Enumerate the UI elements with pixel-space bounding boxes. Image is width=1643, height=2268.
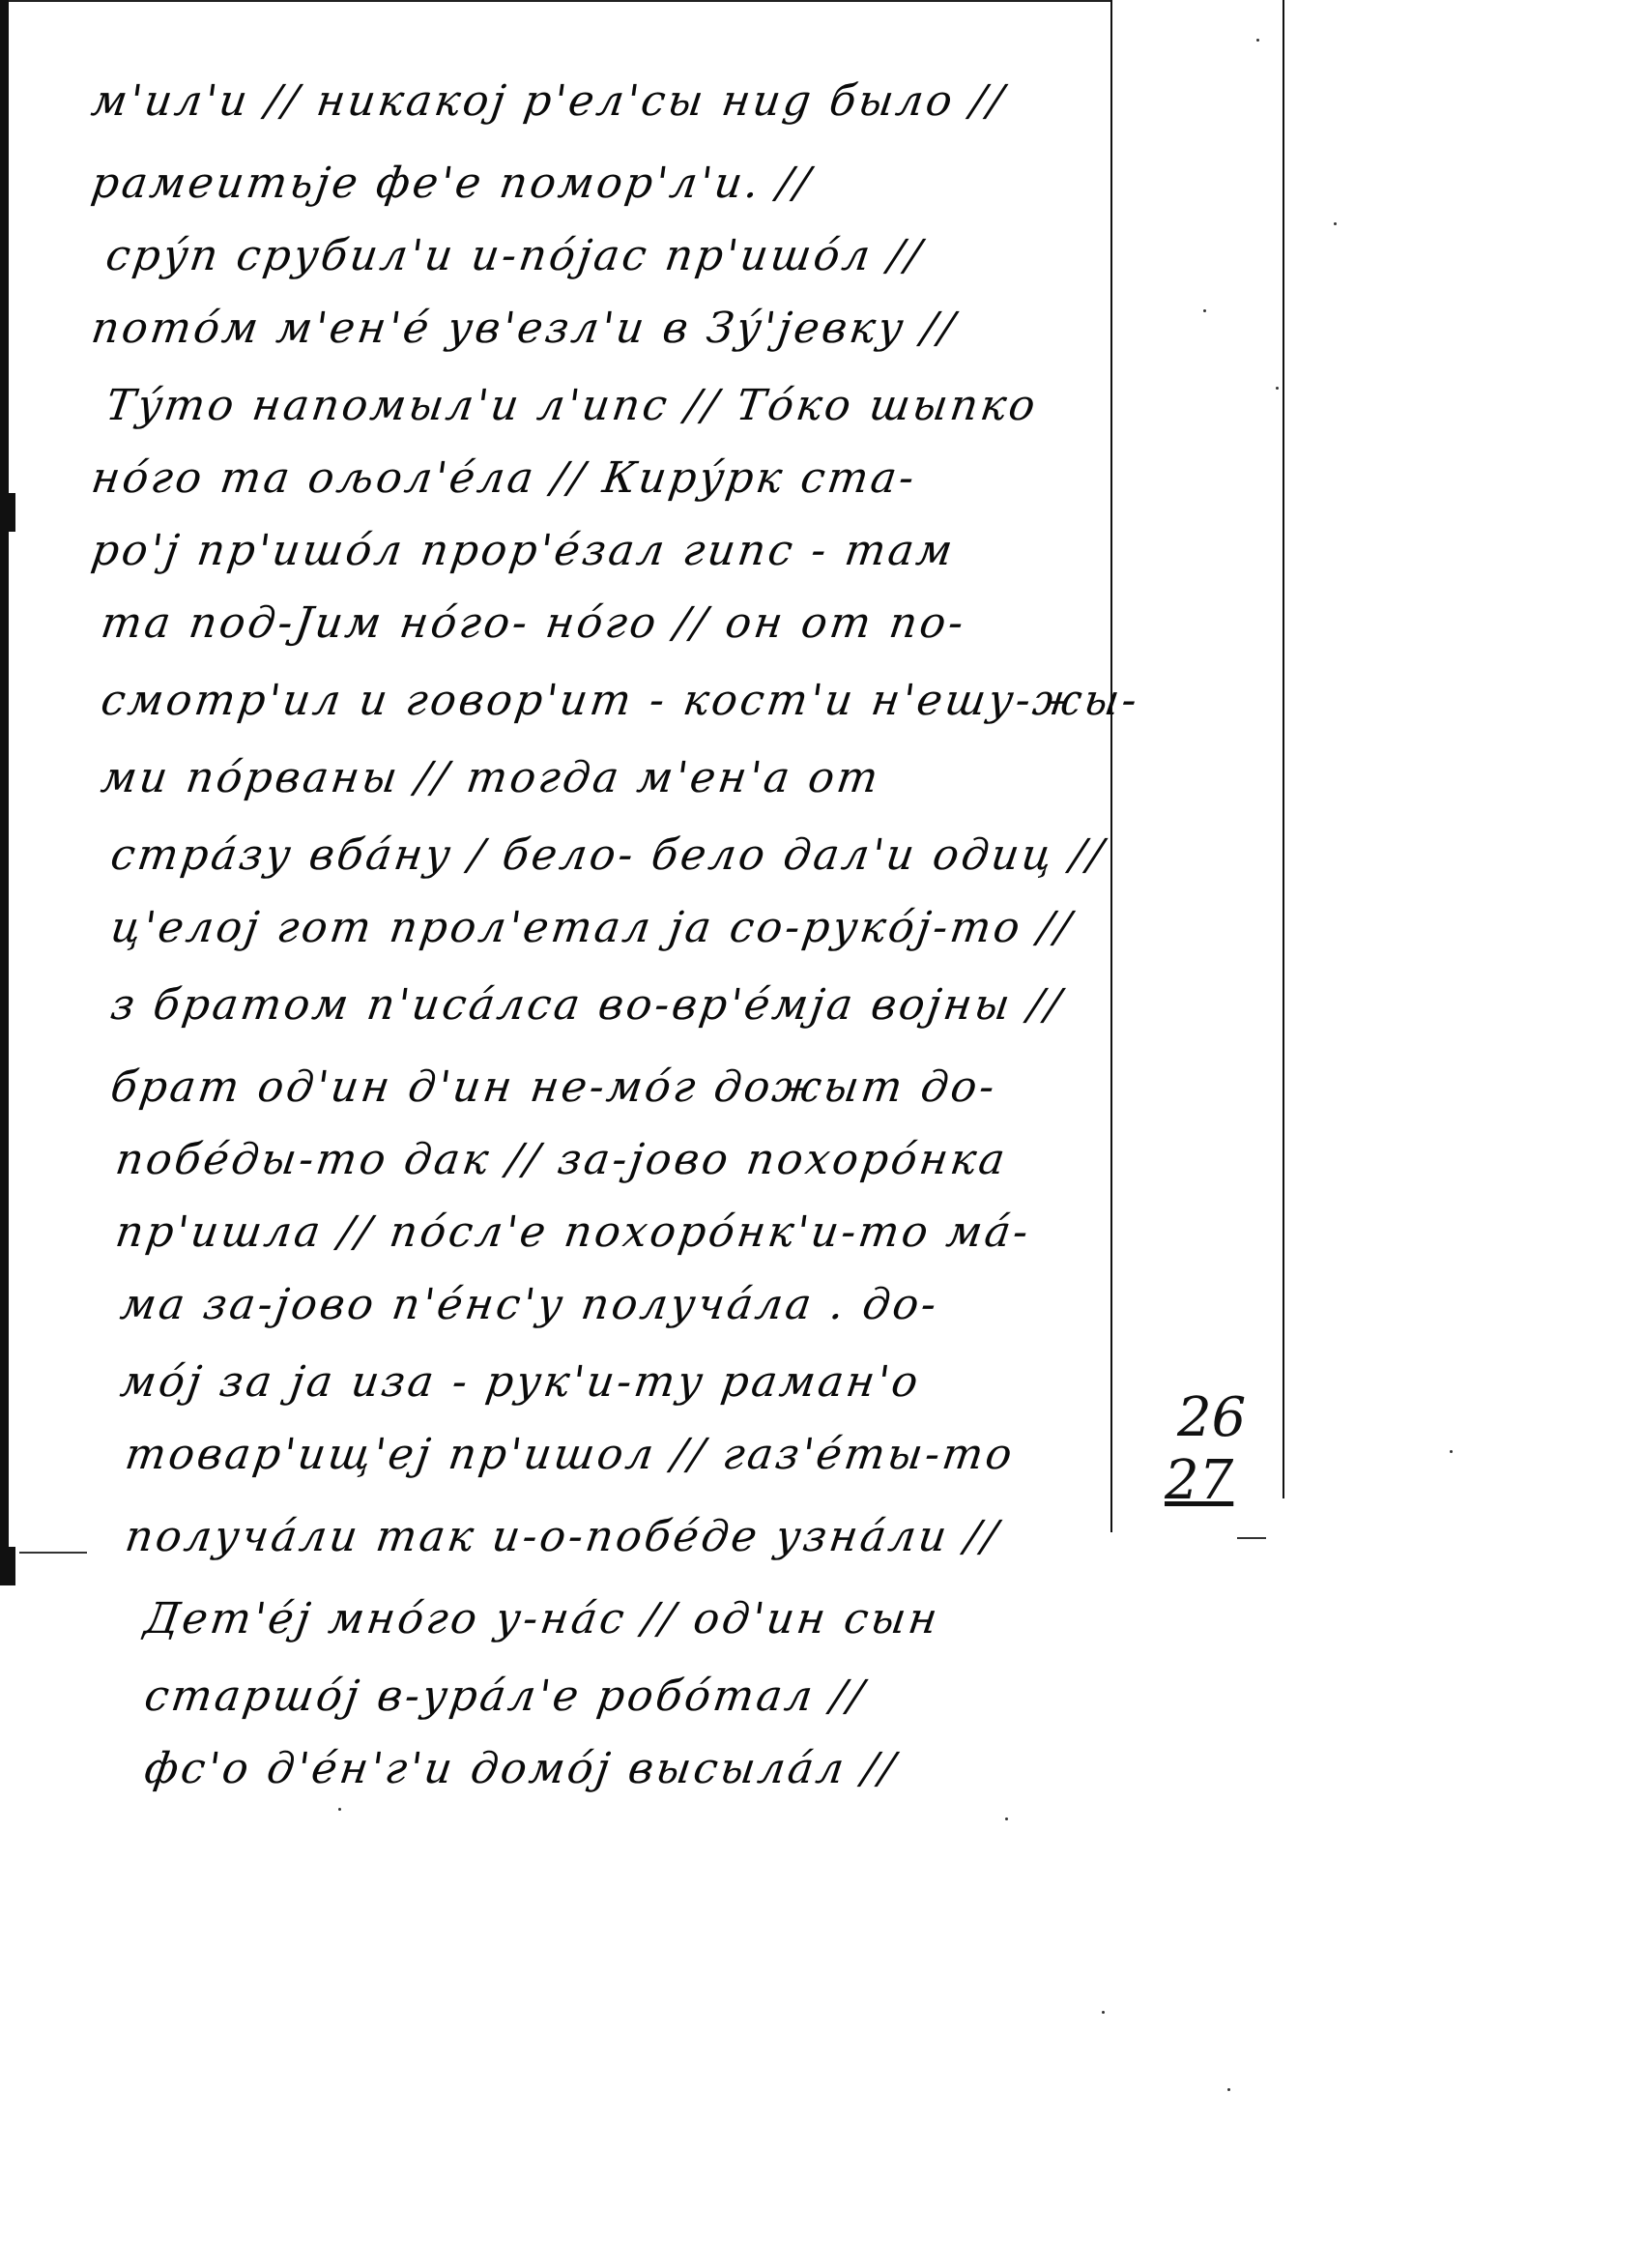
top-edge-rule (0, 0, 1111, 2)
text-line: ро'ј пр'ишóл прор'éзал гипс - там (88, 522, 959, 580)
text-line: старшóј в-урáл'е робóтал // (141, 1668, 870, 1726)
left-binding-edge (0, 0, 9, 1566)
text-line: м'ил'и // никакој р'ел'сы ниg было // (88, 73, 1010, 131)
text-line: та под-Јим нóго- нóго // он от по- (98, 595, 970, 653)
text-line: рамеитьје фе'е помор'л'и. // (88, 155, 817, 213)
text-line: стрáзу вбáну / бело- бело дал'и одиц // (107, 827, 1110, 885)
scan-speck (1450, 1450, 1453, 1453)
text-line: брат од'ин д'ин не-мóг дожыт до- (107, 1059, 1001, 1117)
text-line: мóј за ја иза - рук'и-ту раман'о (117, 1353, 925, 1411)
scanned-page: м'ил'и // никакој р'ел'сы ниg было // ра… (0, 0, 1643, 2268)
scan-speck (1256, 39, 1259, 42)
scan-speck (1005, 1817, 1008, 1820)
scan-speck (338, 1808, 341, 1811)
binding-notch (0, 1547, 15, 1585)
text-line: ма за-јово п'éнс'у получáла . до- (117, 1276, 943, 1334)
text-line: получáли так и-о-побéде узнáли // (122, 1508, 1004, 1566)
text-line: побéды-то дак // за-јово похорóнка (112, 1131, 1012, 1189)
text-line: потóм м'ен'é ув'езл'и в Зý'јевку // (88, 300, 961, 358)
margin-line-right (1283, 0, 1284, 1498)
bottom-dash (1237, 1537, 1266, 1539)
text-line: ми пóрваны // тогда м'ен'а от (98, 749, 884, 807)
text-line: Тýто напомыл'и л'ипс // Тóко шыпко (102, 377, 1042, 435)
page-number-current: 27 (1165, 1450, 1233, 1512)
text-line: нóго та ољол'éла // Кирýрк ста- (88, 450, 921, 508)
margin-line-left (1110, 0, 1112, 1532)
text-line: з братом п'исáлса во-вр'éмја војны // (107, 976, 1067, 1034)
text-line: ц'елој гот прол'етал ја со-рукóј-то // (107, 899, 1078, 957)
text-line: пр'ишла // пóсл'е похорóнк'и-то мá- (112, 1204, 1035, 1262)
text-line: товар'ищ'еј пр'ишол // газ'éты-то (122, 1426, 1019, 1484)
text-line: смотр'ил и говор'ит - кост'и н'ешу-жы- (98, 672, 1143, 730)
text-line: срýп срубил'и и-пóјас пр'ишóл // (102, 227, 928, 285)
bottom-dash (19, 1552, 87, 1554)
binding-notch (0, 493, 15, 532)
text-line: Дет'éј мнóго у-нáс // од'ин сын (141, 1590, 944, 1648)
scan-speck (1227, 2088, 1230, 2091)
page-number-old: 26 (1177, 1387, 1246, 1449)
text-line: фс'о д'éн'г'и домóј высылáл // (141, 1740, 902, 1798)
scan-speck (1203, 309, 1206, 312)
scan-speck (1102, 2011, 1105, 2014)
scan-speck (1276, 387, 1279, 390)
scan-speck (1334, 222, 1337, 225)
